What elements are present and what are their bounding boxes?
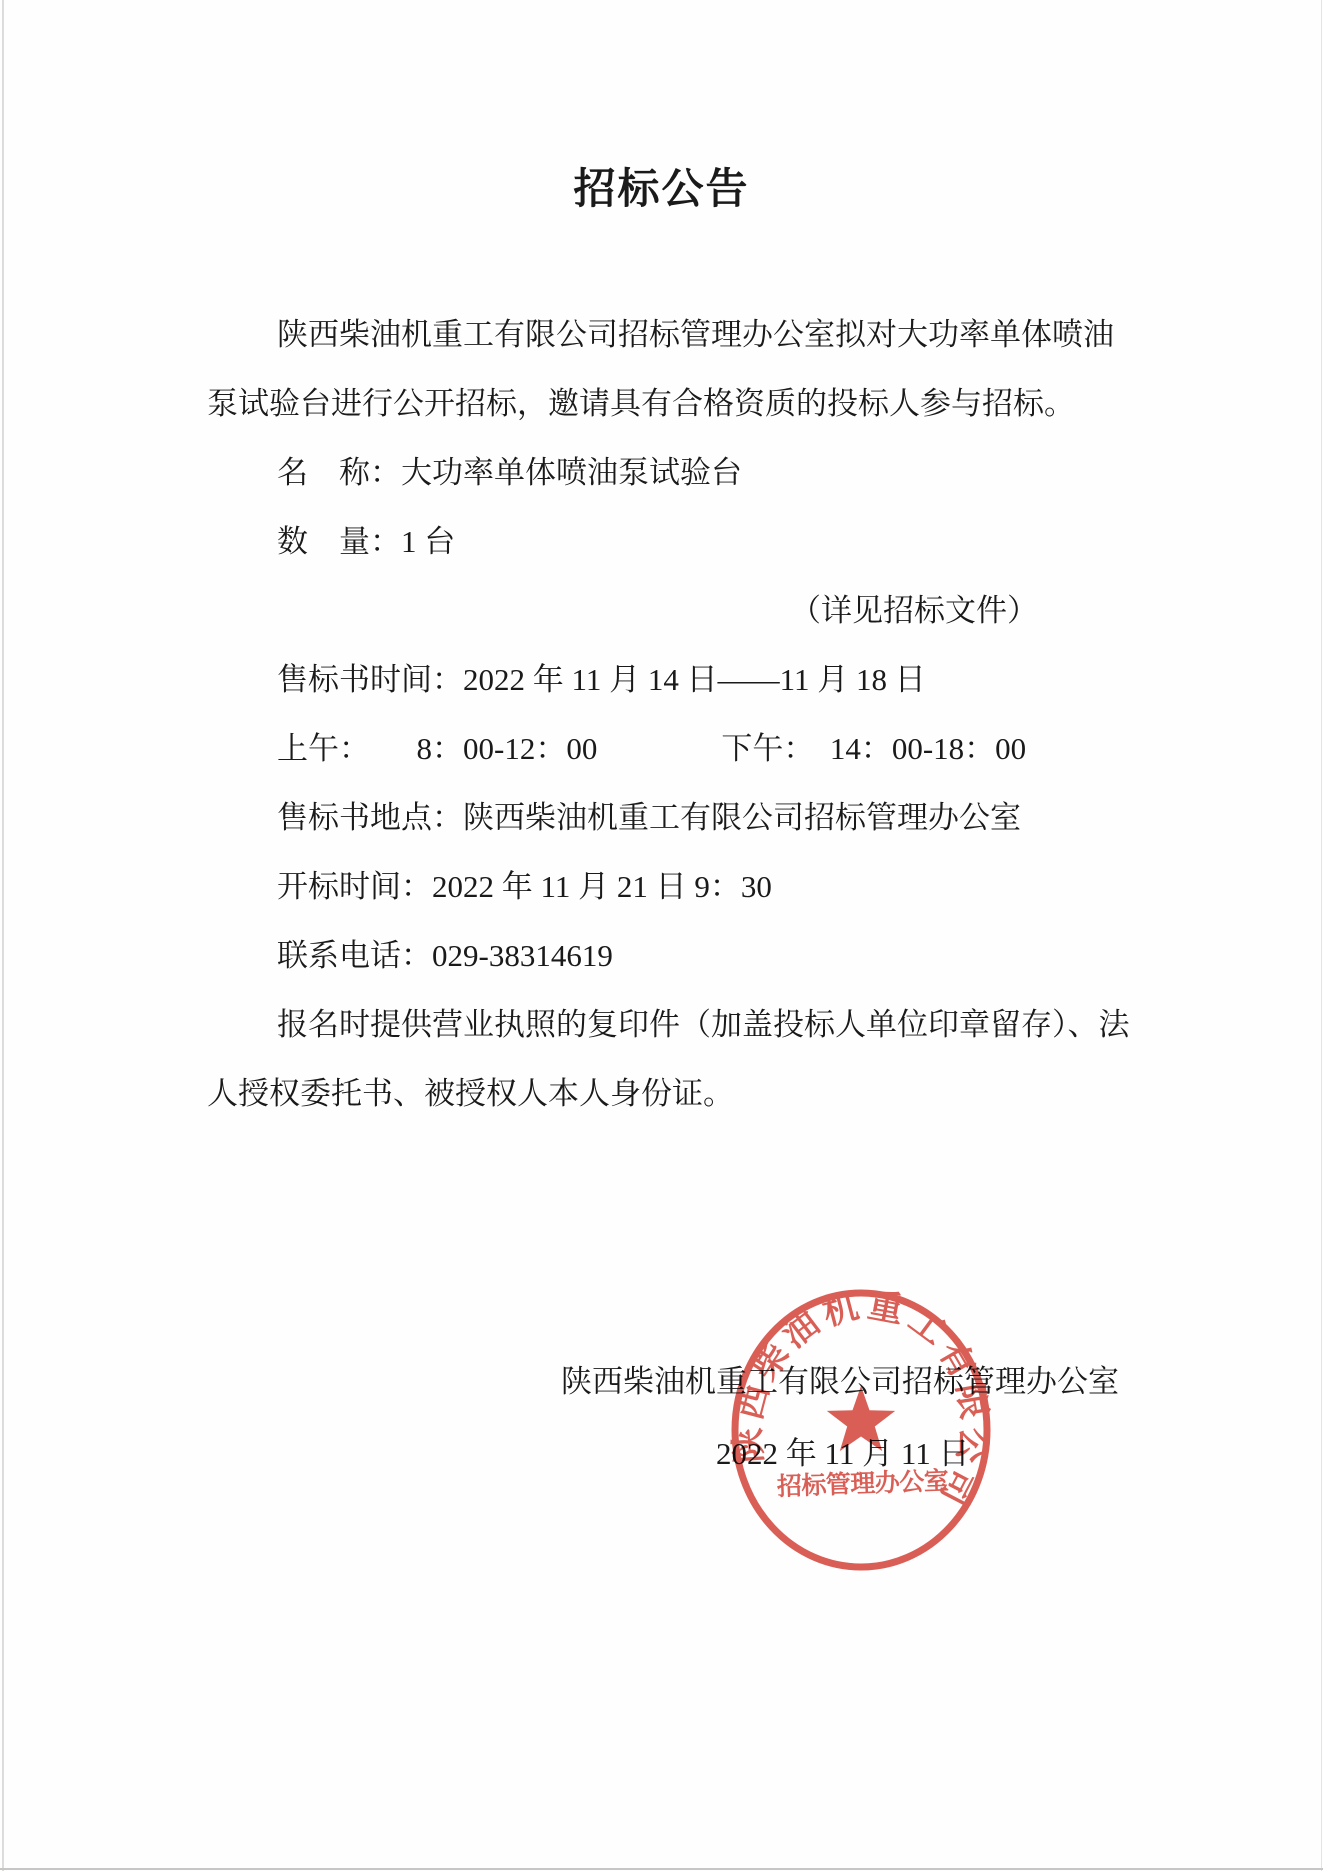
stamp-bottom-text: 招标管理办公室: [776, 1466, 949, 1501]
document-body: 陕西柴油机重工有限公司招标管理办公室拟对大功率单体喷油 泵试验台进行公开招标，邀…: [207, 300, 1137, 1128]
body-line: 泵试验台进行公开招标，邀请具有合格资质的投标人参与招标。: [207, 369, 1137, 438]
scan-edge-right: [1321, 0, 1322, 1871]
scan-edge-left: [2, 0, 4, 1871]
body-line: 报名时提供营业执照的复印件（加盖投标人单位印章留存）、法: [207, 990, 1137, 1059]
body-line-sale-place: 售标书地点：陕西柴油机重工有限公司招标管理办公室: [207, 783, 1137, 852]
star-icon: [827, 1386, 895, 1451]
announcement-document: 招标公告 陕西柴油机重工有限公司招标管理办公室拟对大功率单体喷油 泵试验台进行公…: [0, 0, 1323, 1871]
scan-edge-bottom: [0, 1868, 1323, 1870]
body-line: 陕西柴油机重工有限公司招标管理办公室拟对大功率单体喷油: [207, 300, 1137, 369]
page-title: 招标公告: [0, 156, 1323, 216]
official-stamp: 陕西柴油机重工有限公司 招标管理办公室: [727, 1284, 995, 1576]
body-line-phone: 联系电话：029-38314619: [207, 921, 1137, 990]
body-line-hours: 上午： 8：00-12：00 下午： 14：00-18：00: [207, 714, 1137, 783]
body-line-sale-time: 售标书时间：2022 年 11 月 14 日——11 月 18 日: [207, 645, 1137, 714]
body-line: 人授权委托书、被授权人本人身份证。: [207, 1059, 1137, 1128]
body-line-quantity: 数 量：1 台: [207, 507, 1137, 576]
body-line-opening-time: 开标时间：2022 年 11 月 21 日 9：30: [207, 852, 1137, 921]
body-line-see-tender-docs: （详见招标文件）: [207, 576, 1137, 645]
body-line-name: 名 称：大功率单体喷油泵试验台: [207, 438, 1137, 507]
